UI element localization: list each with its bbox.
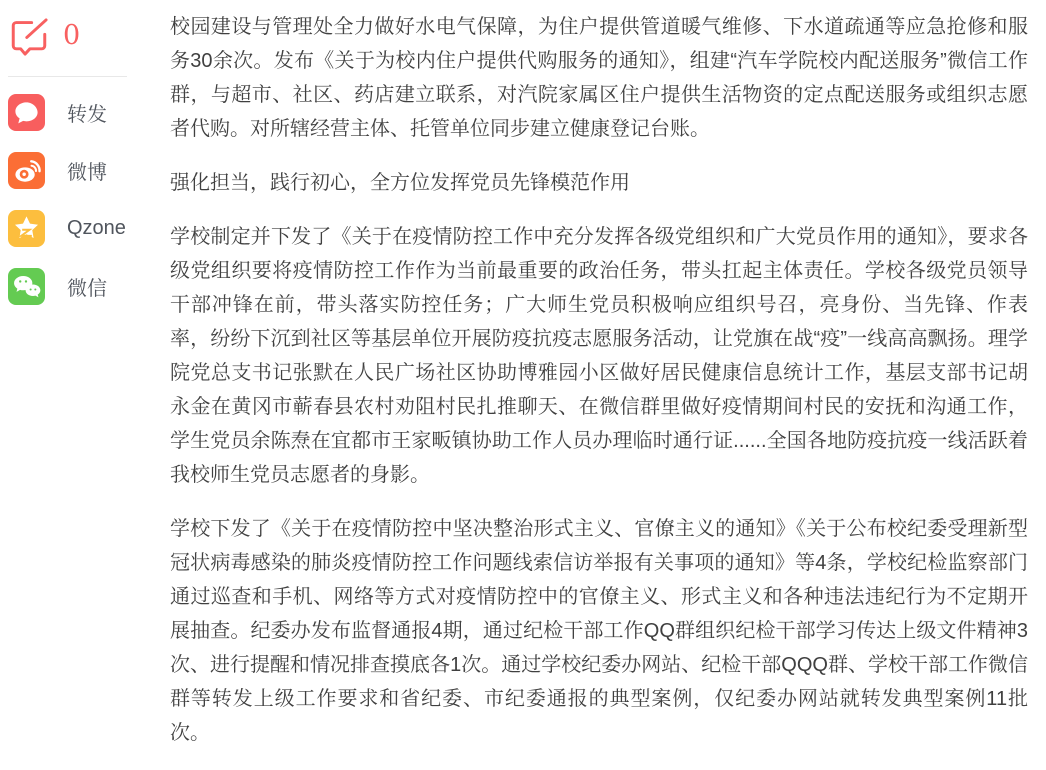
write-comment-icon[interactable] bbox=[8, 16, 50, 58]
share-label-weibo[interactable]: 微博 bbox=[67, 156, 107, 185]
share-label-forward[interactable]: 转发 bbox=[67, 98, 107, 127]
paragraph: 校园建设与管理处全力做好水电气保障，为住户提供管道暖气维修、下水道疏通等应急抢修… bbox=[170, 10, 1028, 146]
wechat-icon[interactable] bbox=[8, 268, 45, 305]
weibo-icon[interactable] bbox=[8, 152, 45, 189]
paragraph: 学校制定并下发了《关于在疫情防控工作中充分发挥各级党组织和广大党员作用的通知》，… bbox=[170, 220, 1028, 492]
comment-count: 0 bbox=[63, 22, 80, 49]
share-item-forward[interactable]: 转发 bbox=[8, 94, 158, 131]
share-item-weibo[interactable]: 微博 bbox=[8, 152, 158, 189]
share-item-qzone[interactable]: Qzone bbox=[8, 210, 158, 247]
qzone-star-icon[interactable] bbox=[8, 210, 45, 247]
share-list: 转发 微博 bbox=[8, 94, 158, 305]
share-sidebar: 0 转发 bbox=[8, 16, 158, 326]
share-item-wechat[interactable]: 微信 bbox=[8, 268, 158, 305]
share-label-qzone[interactable]: Qzone bbox=[67, 217, 126, 240]
article-page: 0 转发 bbox=[0, 0, 1046, 770]
article-body: 校园建设与管理处全力做好水电气保障，为住户提供管道暖气维修、下水道疏通等应急抢修… bbox=[170, 0, 1028, 770]
chat-bubble-icon[interactable] bbox=[8, 94, 45, 131]
share-label-wechat[interactable]: 微信 bbox=[67, 272, 107, 301]
paragraph: 学校下发了《关于在疫情防控中坚决整治形式主义、官僚主义的通知》《关于公布校纪委受… bbox=[170, 512, 1028, 750]
sidebar-divider bbox=[8, 76, 127, 77]
comment-counter[interactable]: 0 bbox=[8, 16, 158, 58]
section-heading: 强化担当，践行初心，全方位发挥党员先锋模范作用 bbox=[170, 166, 1028, 200]
